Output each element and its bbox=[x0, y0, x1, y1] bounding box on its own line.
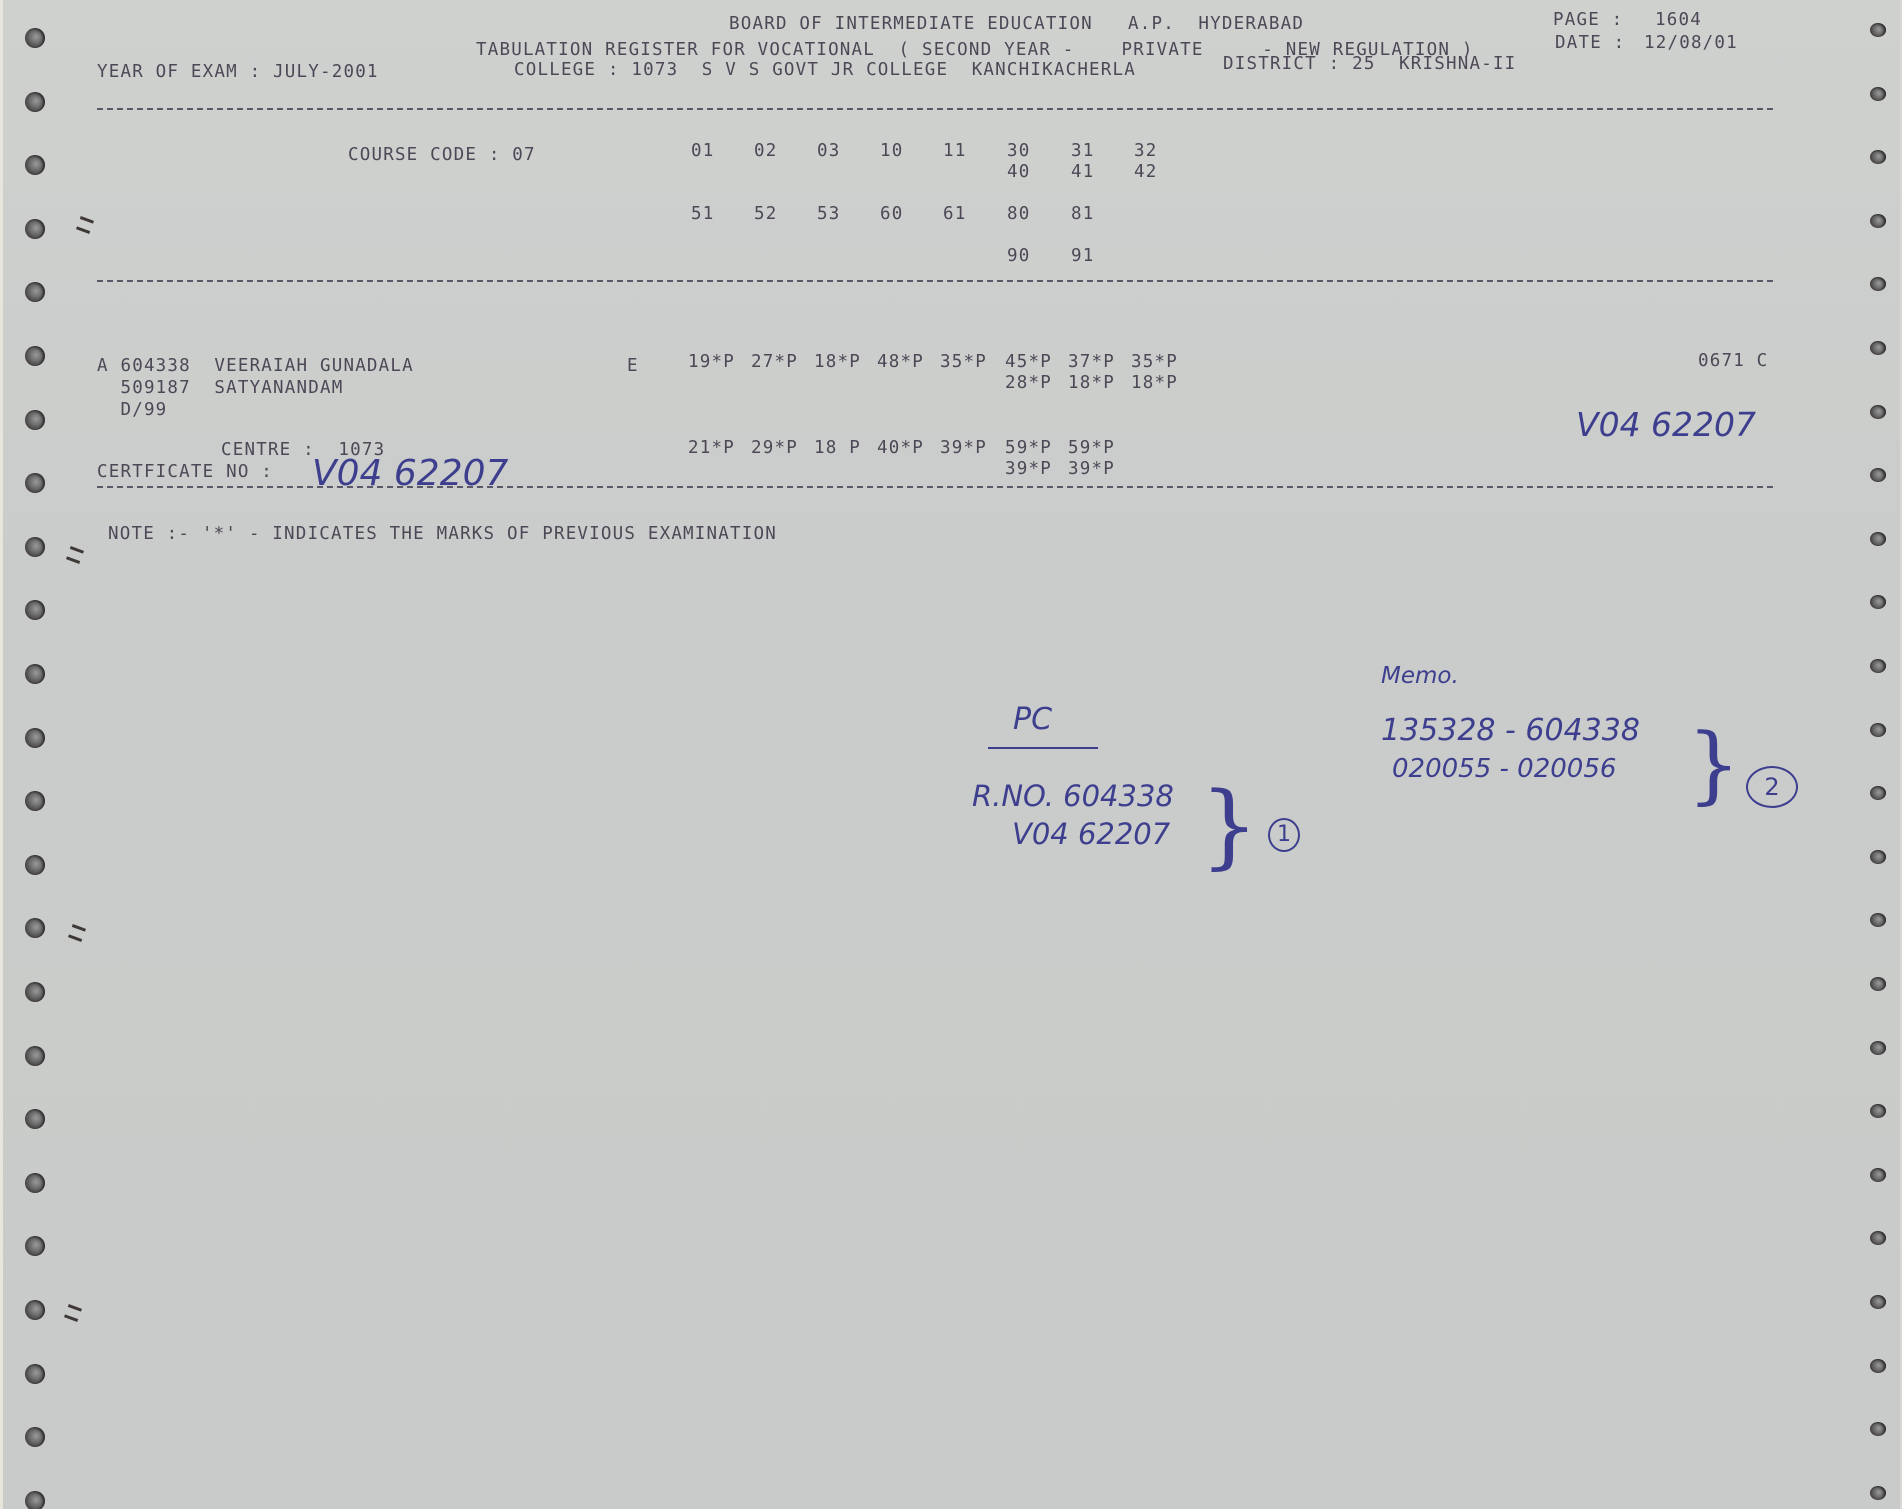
table-cell: 45*P bbox=[1005, 354, 1052, 372]
table-cell: 18*P bbox=[1131, 375, 1178, 393]
table-cell: 02 bbox=[754, 143, 777, 161]
table-cell: 60 bbox=[880, 206, 903, 224]
tabulation-register-sheet: BOARD OF INTERMEDIATE EDUCATION A.P. HYD… bbox=[0, 0, 1902, 1509]
table-cell: 11 bbox=[943, 143, 966, 161]
feed-hole-icon bbox=[1870, 87, 1886, 101]
table-cell: 40 bbox=[1007, 164, 1030, 182]
candidate-line1: A 604338 VEERAIAH GUNADALA bbox=[97, 358, 414, 376]
table-cell: 18*P bbox=[1068, 375, 1115, 393]
table-cell: 19*P bbox=[688, 354, 735, 372]
feed-hole-icon bbox=[25, 219, 45, 239]
feed-hole-icon bbox=[1870, 850, 1886, 864]
handwritten-memo-line1: 135328 - 604338 bbox=[1381, 716, 1640, 746]
table-cell: 10 bbox=[880, 143, 903, 161]
staple-mark-icon bbox=[68, 924, 86, 942]
table-cell: 01 bbox=[691, 143, 714, 161]
feed-hole-icon bbox=[1870, 468, 1886, 482]
handwritten-pc-line1: R.NO. 604338 bbox=[972, 782, 1174, 811]
total-result: 0671 C bbox=[1698, 353, 1768, 371]
table-cell: 40*P bbox=[877, 440, 924, 458]
feed-hole-icon bbox=[25, 537, 45, 557]
divider bbox=[97, 280, 1773, 282]
feed-hole-icon bbox=[1870, 659, 1886, 673]
handwritten-certificate-no: V04 62207 bbox=[312, 456, 508, 492]
table-cell: 35*P bbox=[940, 354, 987, 372]
brace-icon: } bbox=[1687, 722, 1740, 806]
feed-hole-icon bbox=[1870, 786, 1886, 800]
handwritten-marker-2: 2 bbox=[1746, 766, 1798, 808]
handwritten-certificate-no-right: V04 62207 bbox=[1576, 408, 1756, 441]
handwritten-marker-1: 1 bbox=[1268, 818, 1300, 852]
staple-mark-icon bbox=[64, 1304, 82, 1322]
feed-hole-icon bbox=[1870, 341, 1886, 355]
table-cell: 37*P bbox=[1068, 354, 1115, 372]
table-cell: 51 bbox=[691, 206, 714, 224]
feed-hole-icon bbox=[25, 473, 45, 493]
feed-hole-icon bbox=[1870, 1359, 1886, 1373]
table-cell: 31 bbox=[1071, 143, 1094, 161]
feed-hole-icon bbox=[1870, 214, 1886, 228]
feed-hole-icon bbox=[25, 791, 45, 811]
table-cell: 30 bbox=[1007, 143, 1030, 161]
feed-hole-icon bbox=[25, 918, 45, 938]
print-date: 12/08/01 bbox=[1644, 35, 1738, 53]
table-cell: 61 bbox=[943, 206, 966, 224]
table-cell: 39*P bbox=[1005, 461, 1052, 479]
feed-hole-icon bbox=[25, 410, 45, 430]
feed-hole-icon bbox=[1870, 1168, 1886, 1182]
feed-hole-icon bbox=[1870, 723, 1886, 737]
feed-hole-icon bbox=[25, 855, 45, 875]
feed-hole-icon bbox=[1870, 977, 1886, 991]
feed-hole-icon bbox=[25, 155, 45, 175]
feed-hole-icon bbox=[1870, 595, 1886, 609]
table-cell: 48*P bbox=[877, 354, 924, 372]
feed-hole-icon bbox=[25, 1491, 45, 1509]
handwritten-memo-heading: Memo. bbox=[1381, 665, 1459, 688]
feed-hole-icon bbox=[25, 1300, 45, 1320]
feed-hole-icon bbox=[25, 28, 45, 48]
table-cell: 39*P bbox=[940, 440, 987, 458]
college-info: COLLEGE : 1073 S V S GOVT JR COLLEGE KAN… bbox=[514, 62, 1136, 80]
table-cell: 39*P bbox=[1068, 461, 1115, 479]
feed-hole-icon bbox=[25, 1109, 45, 1129]
table-cell: 29*P bbox=[751, 440, 798, 458]
divider bbox=[97, 108, 1773, 110]
feed-hole-icon bbox=[25, 728, 45, 748]
feed-hole-icon bbox=[25, 1364, 45, 1384]
table-cell: 03 bbox=[817, 143, 840, 161]
table-cell: 21*P bbox=[688, 440, 735, 458]
handwritten-pc-heading: PC bbox=[1013, 705, 1052, 735]
feed-hole-icon bbox=[25, 982, 45, 1002]
feed-hole-icon bbox=[1870, 913, 1886, 927]
feed-hole-icon bbox=[1870, 1486, 1886, 1500]
feed-hole-icon bbox=[1870, 150, 1886, 164]
table-cell: 27*P bbox=[751, 354, 798, 372]
table-cell: 42 bbox=[1134, 164, 1157, 182]
feed-hole-icon bbox=[1870, 1104, 1886, 1118]
table-cell: 52 bbox=[754, 206, 777, 224]
page-number: 1604 bbox=[1655, 12, 1702, 30]
table-cell: 91 bbox=[1071, 248, 1094, 266]
feed-hole-icon bbox=[25, 346, 45, 366]
date-label: DATE : bbox=[1555, 35, 1625, 53]
staple-mark-icon bbox=[76, 216, 94, 234]
table-cell: 18*P bbox=[814, 354, 861, 372]
feed-hole-icon bbox=[25, 1046, 45, 1066]
feed-hole-icon bbox=[25, 92, 45, 112]
feed-hole-icon bbox=[25, 282, 45, 302]
feed-hole-icon bbox=[25, 1427, 45, 1447]
feed-hole-icon bbox=[25, 1173, 45, 1193]
board-title: BOARD OF INTERMEDIATE EDUCATION A.P. HYD… bbox=[729, 16, 1304, 34]
table-cell: 18 P bbox=[814, 440, 861, 458]
table-cell: 35*P bbox=[1131, 354, 1178, 372]
table-cell: 59*P bbox=[1005, 440, 1052, 458]
table-cell: 53 bbox=[817, 206, 840, 224]
feed-hole-icon bbox=[1870, 1041, 1886, 1055]
feed-hole-icon bbox=[1870, 1422, 1886, 1436]
feed-hole-icon bbox=[1870, 277, 1886, 291]
feed-hole-icon bbox=[1870, 405, 1886, 419]
table-cell: 80 bbox=[1007, 206, 1030, 224]
table-cell: 28*P bbox=[1005, 375, 1052, 393]
year-of-exam: YEAR OF EXAM : JULY-2001 bbox=[97, 64, 379, 82]
feed-hole-icon bbox=[1870, 1231, 1886, 1245]
feed-hole-icon bbox=[1870, 23, 1886, 37]
candidate-line3: D/99 bbox=[97, 402, 167, 420]
table-cell: 41 bbox=[1071, 164, 1094, 182]
feed-hole-icon bbox=[1870, 1295, 1886, 1309]
staple-mark-icon bbox=[66, 546, 84, 564]
feed-hole-icon bbox=[1870, 532, 1886, 546]
brace-icon: } bbox=[1200, 780, 1259, 872]
candidate-line2: 509187 SATYANANDAM bbox=[97, 380, 343, 398]
table-cell: 81 bbox=[1071, 206, 1094, 224]
district-info: DISTRICT : 25 KRISHNA-II bbox=[1223, 56, 1516, 74]
table-cell: 59*P bbox=[1068, 440, 1115, 458]
table-cell: 90 bbox=[1007, 248, 1030, 266]
underline bbox=[988, 747, 1098, 749]
course-code: COURSE CODE : 07 bbox=[348, 147, 536, 165]
note: NOTE :- '*' - INDICATES THE MARKS OF PRE… bbox=[108, 526, 777, 544]
handwritten-memo-line2: 020055 - 020056 bbox=[1392, 756, 1616, 782]
feed-hole-icon bbox=[25, 664, 45, 684]
feed-hole-icon bbox=[25, 1236, 45, 1256]
medium: E bbox=[627, 358, 639, 376]
handwritten-pc-line2: V04 62207 bbox=[1012, 820, 1170, 849]
page-label: PAGE : bbox=[1553, 12, 1623, 30]
feed-hole-icon bbox=[25, 600, 45, 620]
table-cell: 32 bbox=[1134, 143, 1157, 161]
certificate-label: CERTFICATE NO : bbox=[97, 464, 273, 482]
